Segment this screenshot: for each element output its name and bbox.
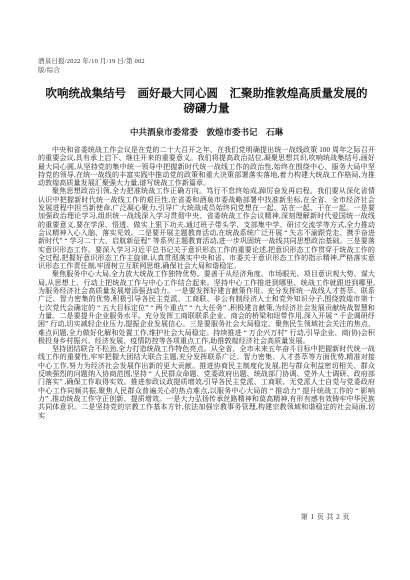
masthead-edition-line: 版/综合 [38, 66, 375, 75]
masthead-source-line: 酒泉日报/2022 年/10 月/19 日/第 002 [38, 57, 375, 66]
newspaper-page: 酒泉日报/2022 年/10 月/19 日/第 002 版/综合 吹响统战集结号… [0, 0, 410, 580]
article-body: 中央和省委统战工作会议是在党的二十大召开之年、在我们党明确提出统一战线政策 10… [38, 146, 375, 420]
page-number-footer: 第 1 页 共 2 页 [301, 512, 350, 522]
masthead: 酒泉日报/2022 年/10 月/19 日/第 002 版/综合 [38, 57, 375, 75]
article-paragraph: 聚焦服务中心大局,全力放大统战工作独特优势。要善于从经济角度、市场眼光、项目意识… [38, 270, 375, 345]
article-byline: 中共酒泉市委常委 敦煌市委书记 石琳 [38, 126, 375, 138]
article-paragraph: 坚持团结联合不松劲,全力打造统战工作特色亮点。从全省、全市未来五年奋斗目标中把握… [38, 345, 375, 420]
article-paragraph: 聚焦思想政治引领,全力把准统战工作正确方向。笃行不怠终始成,踔厉奋发再启程。我们… [38, 187, 375, 270]
article-title: 吹响统战集结号 画好最大同心圆 汇聚助推敦煌高质量发展的磅礴力量 [40, 87, 373, 117]
article-paragraph: 中央和省委统战工作会议是在党的二十大召开之年、在我们党明确提出统一战线政策 10… [38, 146, 375, 187]
